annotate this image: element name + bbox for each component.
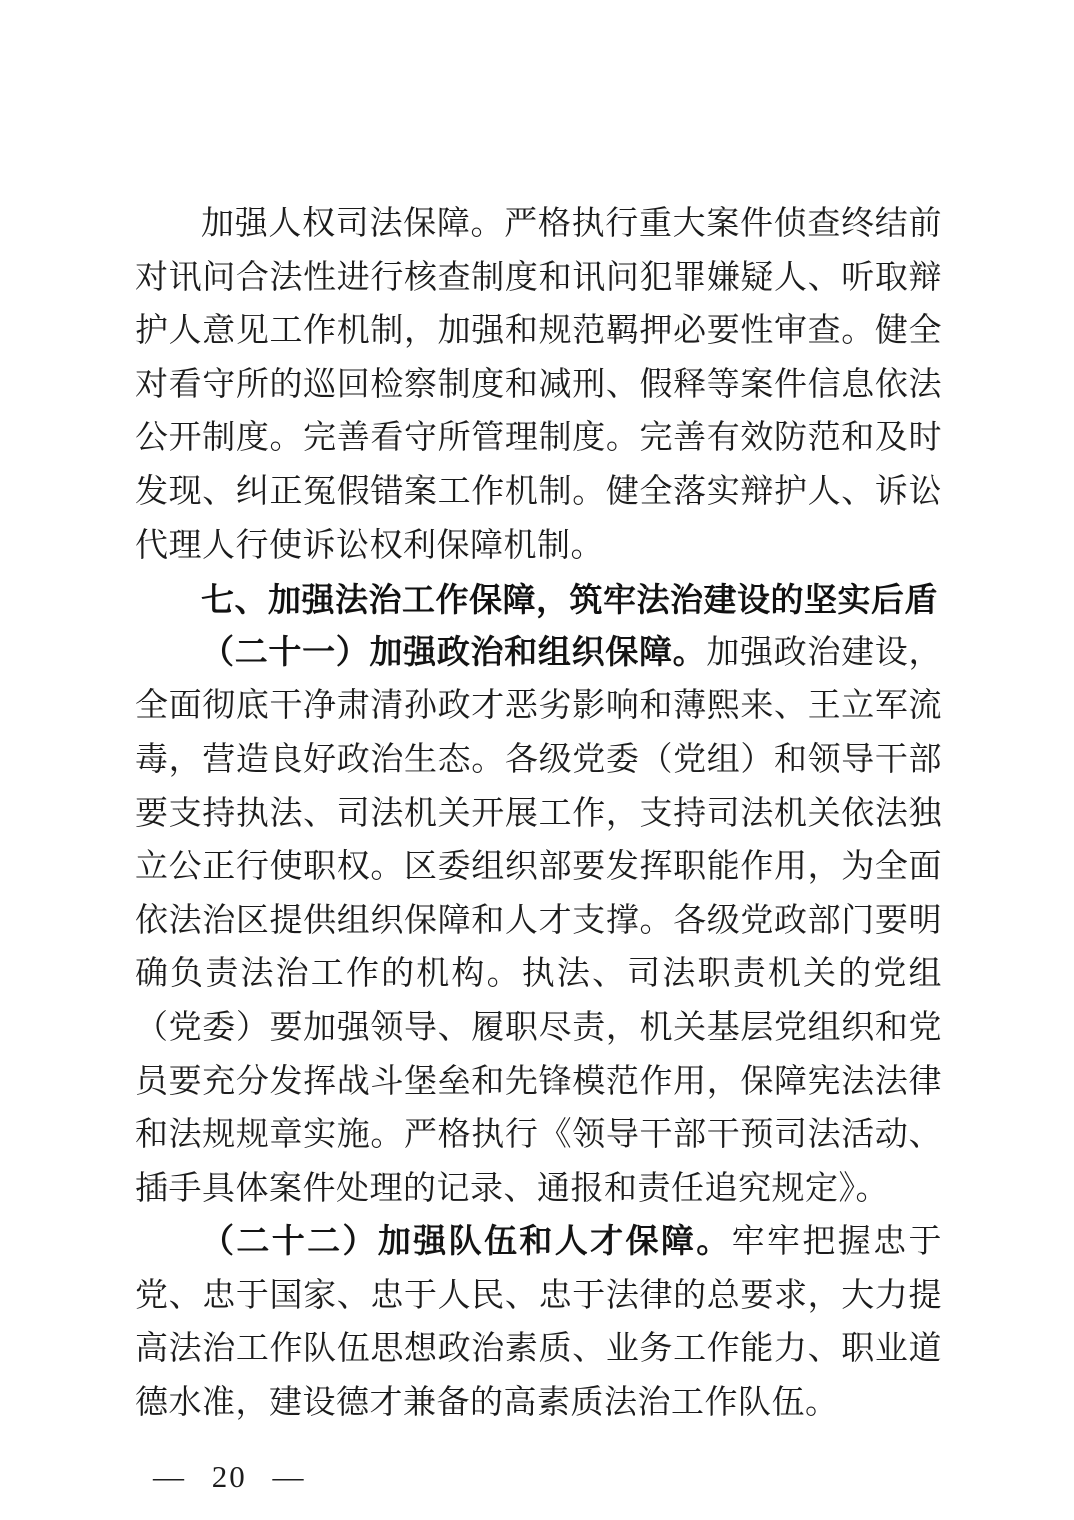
paragraph-item-22: （二十二）加强队伍和人才保障。牢牢把握忠于党、忠于国家、忠于人民、忠于法律的总要…: [135, 1216, 942, 1430]
paragraph-lead-bold: （二十二）加强队伍和人才保障。: [201, 1224, 732, 1260]
paragraph-judicial-protection: 加强人权司法保障。严格执行重大案件侦查终结前对讯问合法性进行核查制度和讯问犯罪嫌…: [135, 198, 942, 573]
paragraph-text: 加强政治建设，全面彻底干净肃清孙政才恶劣影响和薄熙来、王立军流毒，营造良好政治生…: [135, 635, 942, 1207]
page-number: — 20 —: [135, 1457, 942, 1497]
paragraph-item-21: （二十一）加强政治和组织保障。加强政治建设，全面彻底干净肃清孙政才恶劣影响和薄熙…: [135, 627, 942, 1217]
paragraph-text: 加强人权司法保障。严格执行重大案件侦查终结前对讯问合法性进行核查制度和讯问犯罪嫌…: [135, 206, 942, 564]
paragraph-lead-bold: （二十一）加强政治和组织保障。: [201, 635, 706, 671]
document-page: 加强人权司法保障。严格执行重大案件侦查终结前对讯问合法性进行核查制度和讯问犯罪嫌…: [0, 0, 1074, 1520]
section-heading-seven: 七、加强法治工作保障，筑牢法治建设的坚实后盾: [135, 573, 942, 627]
